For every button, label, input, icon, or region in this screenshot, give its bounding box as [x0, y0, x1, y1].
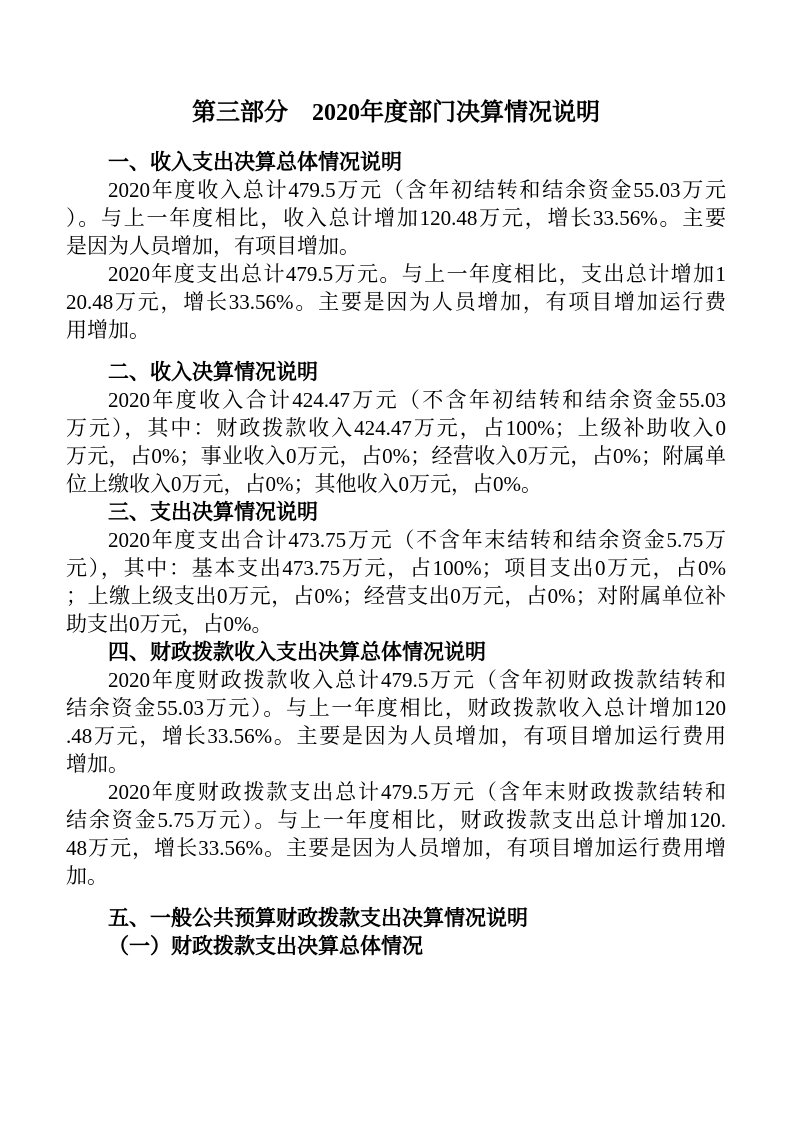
paragraph-line: 2020年度财政拨款收入总计479.5万元（含年初财政拨款结转和	[66, 666, 726, 694]
section-heading: 四、财政拨款收入支出决算总体情况说明	[66, 638, 726, 666]
document-title: 第三部分 2020年度部门决算情况说明	[66, 0, 726, 130]
paragraph-line: 万元），其中：财政拨款收入424.47万元，占100%；上级补助收入0	[66, 414, 726, 442]
paragraph-line: 2020年度支出合计473.75万元（不含年末结转和结余资金5.75万	[66, 526, 726, 554]
paragraph: 2020年度收入合计424.47万元（不含年初结转和结余资金55.03万元），其…	[66, 386, 726, 498]
paragraph-line: 加。	[66, 862, 726, 890]
paragraph-line: 助支出0万元，占0%。	[66, 610, 726, 638]
paragraph-line: 2020年度收入合计424.47万元（不含年初结转和结余资金55.03	[66, 386, 726, 414]
paragraph-line: 用增加。	[66, 316, 726, 344]
section-heading: 一、收入支出决算总体情况说明	[66, 148, 726, 176]
paragraph-line: 2020年度收入总计479.5万元（含年初结转和结余资金55.03万元	[66, 176, 726, 204]
paragraph: 2020年度财政拨款支出总计479.5万元（含年末财政拨款结转和结余资金5.75…	[66, 778, 726, 890]
paragraph: 2020年度支出合计473.75万元（不含年末结转和结余资金5.75万元），其中…	[66, 526, 726, 638]
section-heading: （一）财政拨款支出决算总体情况	[66, 932, 726, 960]
paragraph-line: 是因为人员增加，有项目增加。	[66, 232, 726, 260]
section-heading: 五、一般公共预算财政拨款支出决算情况说明	[66, 904, 726, 932]
paragraph-line: ；上缴上级支出0万元，占0%；经营支出0万元，占0%；对附属单位补	[66, 582, 726, 610]
paragraph-line: 结余资金5.75万元）。与上一年度相比，财政拨款支出总计增加120.	[66, 806, 726, 834]
paragraph-line: 结余资金55.03万元）。与上一年度相比，财政拨款收入总计增加120	[66, 694, 726, 722]
paragraph-line: 20.48万元，增长33.56%。主要是因为人员增加，有项目增加运行费	[66, 288, 726, 316]
paragraph-line: ）。与上一年度相比，收入总计增加120.48万元，增长33.56%。主要	[66, 204, 726, 232]
paragraph-line: 元），其中：基本支出473.75万元，占100%；项目支出0万元，占0%	[66, 554, 726, 582]
paragraph-line: 增加。	[66, 750, 726, 778]
document-page: 第三部分 2020年度部门决算情况说明 一、收入支出决算总体情况说明2020年度…	[0, 0, 793, 1122]
section-heading: 二、收入决算情况说明	[66, 358, 726, 386]
document-content: 第三部分 2020年度部门决算情况说明 一、收入支出决算总体情况说明2020年度…	[66, 0, 726, 960]
paragraph-line: 2020年度财政拨款支出总计479.5万元（含年末财政拨款结转和	[66, 778, 726, 806]
document-body: 一、收入支出决算总体情况说明2020年度收入总计479.5万元（含年初结转和结余…	[66, 148, 726, 960]
paragraph-line: 48万元，增长33.56%。主要是因为人员增加，有项目增加运行费用增	[66, 834, 726, 862]
paragraph: 2020年度收入总计479.5万元（含年初结转和结余资金55.03万元）。与上一…	[66, 176, 726, 260]
paragraph-line: 2020年度支出总计479.5万元。与上一年度相比，支出总计增加1	[66, 260, 726, 288]
section-heading: 三、支出决算情况说明	[66, 498, 726, 526]
paragraph: 2020年度支出总计479.5万元。与上一年度相比，支出总计增加120.48万元…	[66, 260, 726, 344]
paragraph: 2020年度财政拨款收入总计479.5万元（含年初财政拨款结转和结余资金55.0…	[66, 666, 726, 778]
paragraph-line: 万元，占0%；事业收入0万元，占0%；经营收入0万元，占0%；附属单	[66, 442, 726, 470]
paragraph-line: .48万元，增长33.56%。主要是因为人员增加，有项目增加运行费用	[66, 722, 726, 750]
paragraph-line: 位上缴收入0万元，占0%；其他收入0万元，占0%。	[66, 470, 726, 498]
